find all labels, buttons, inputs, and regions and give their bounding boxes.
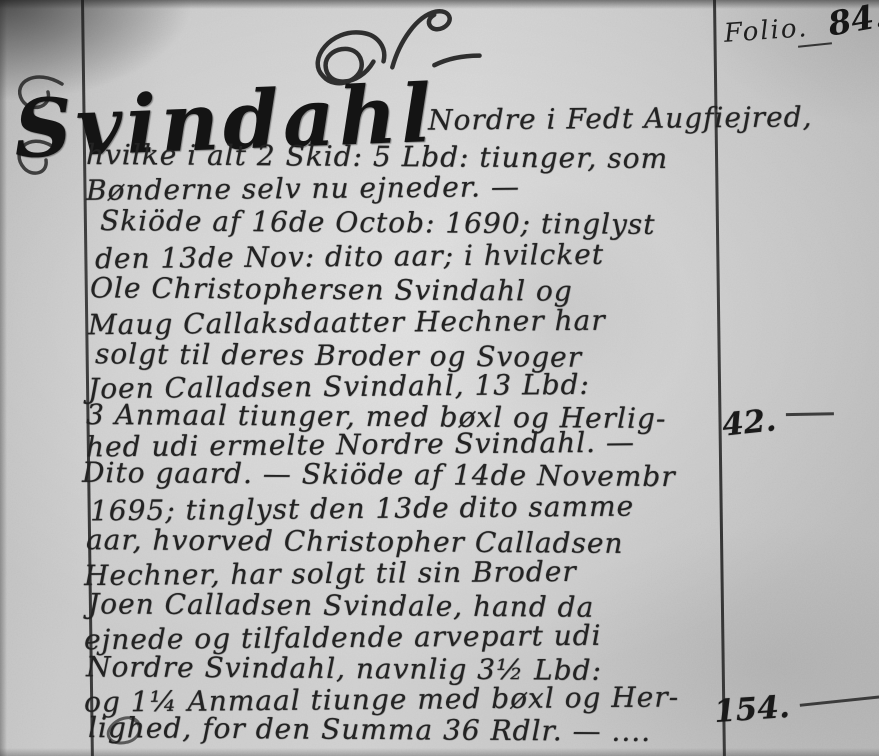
manuscript-line: Joen Calladsen Svindale, hand da	[88, 587, 594, 624]
manuscript-line: hvilke i alt 2 Skid: 5 Lbd: tiunger, som	[86, 138, 668, 175]
manuscript-line: Maug Callaksdaatter Hechner har	[88, 304, 606, 342]
amount-entry-1: 42.	[720, 396, 835, 444]
scan-edge-shadow-bottom	[0, 748, 879, 756]
scan-edge-shadow-left	[0, 0, 7, 756]
folio-number: 84.	[825, 0, 879, 44]
manuscript-line: Dito gaard. — Skiöde af 14de Novembr	[82, 456, 676, 493]
manuscript-line: Ole Christophersen Svindahl og	[90, 271, 573, 307]
manuscript-line: 1695; tinglyst den 13de dito samme	[90, 490, 634, 528]
manuscript-line: lighed, for den Summa 36 Rdlr. — ....	[88, 711, 651, 748]
amount-dash	[799, 694, 879, 707]
amount-dash	[786, 412, 834, 416]
manuscript-page-scan: Folio. 84. Svindahl Nordre i Fedt Augfie…	[0, 0, 879, 756]
manuscript-line: Bønderne selv nu ejneder. —	[86, 170, 520, 207]
manuscript-line: Nordre i Fedt Augfiejred,	[428, 100, 813, 136]
scan-edge-shadow-top	[0, 0, 879, 9]
manuscript-line: den 13de Nov: dito aar; i hvilcket	[95, 238, 604, 275]
folio-label: Folio.	[723, 13, 809, 49]
amount-value: 42.	[720, 402, 777, 443]
amount-value: 154.	[713, 689, 791, 730]
amount-entry-2: 154.	[713, 682, 879, 730]
manuscript-line: Skiöde af 16de Octob: 1690; tinglyst	[100, 204, 656, 241]
manuscript-line: Hechner, har solgt til sin Broder	[84, 555, 577, 592]
